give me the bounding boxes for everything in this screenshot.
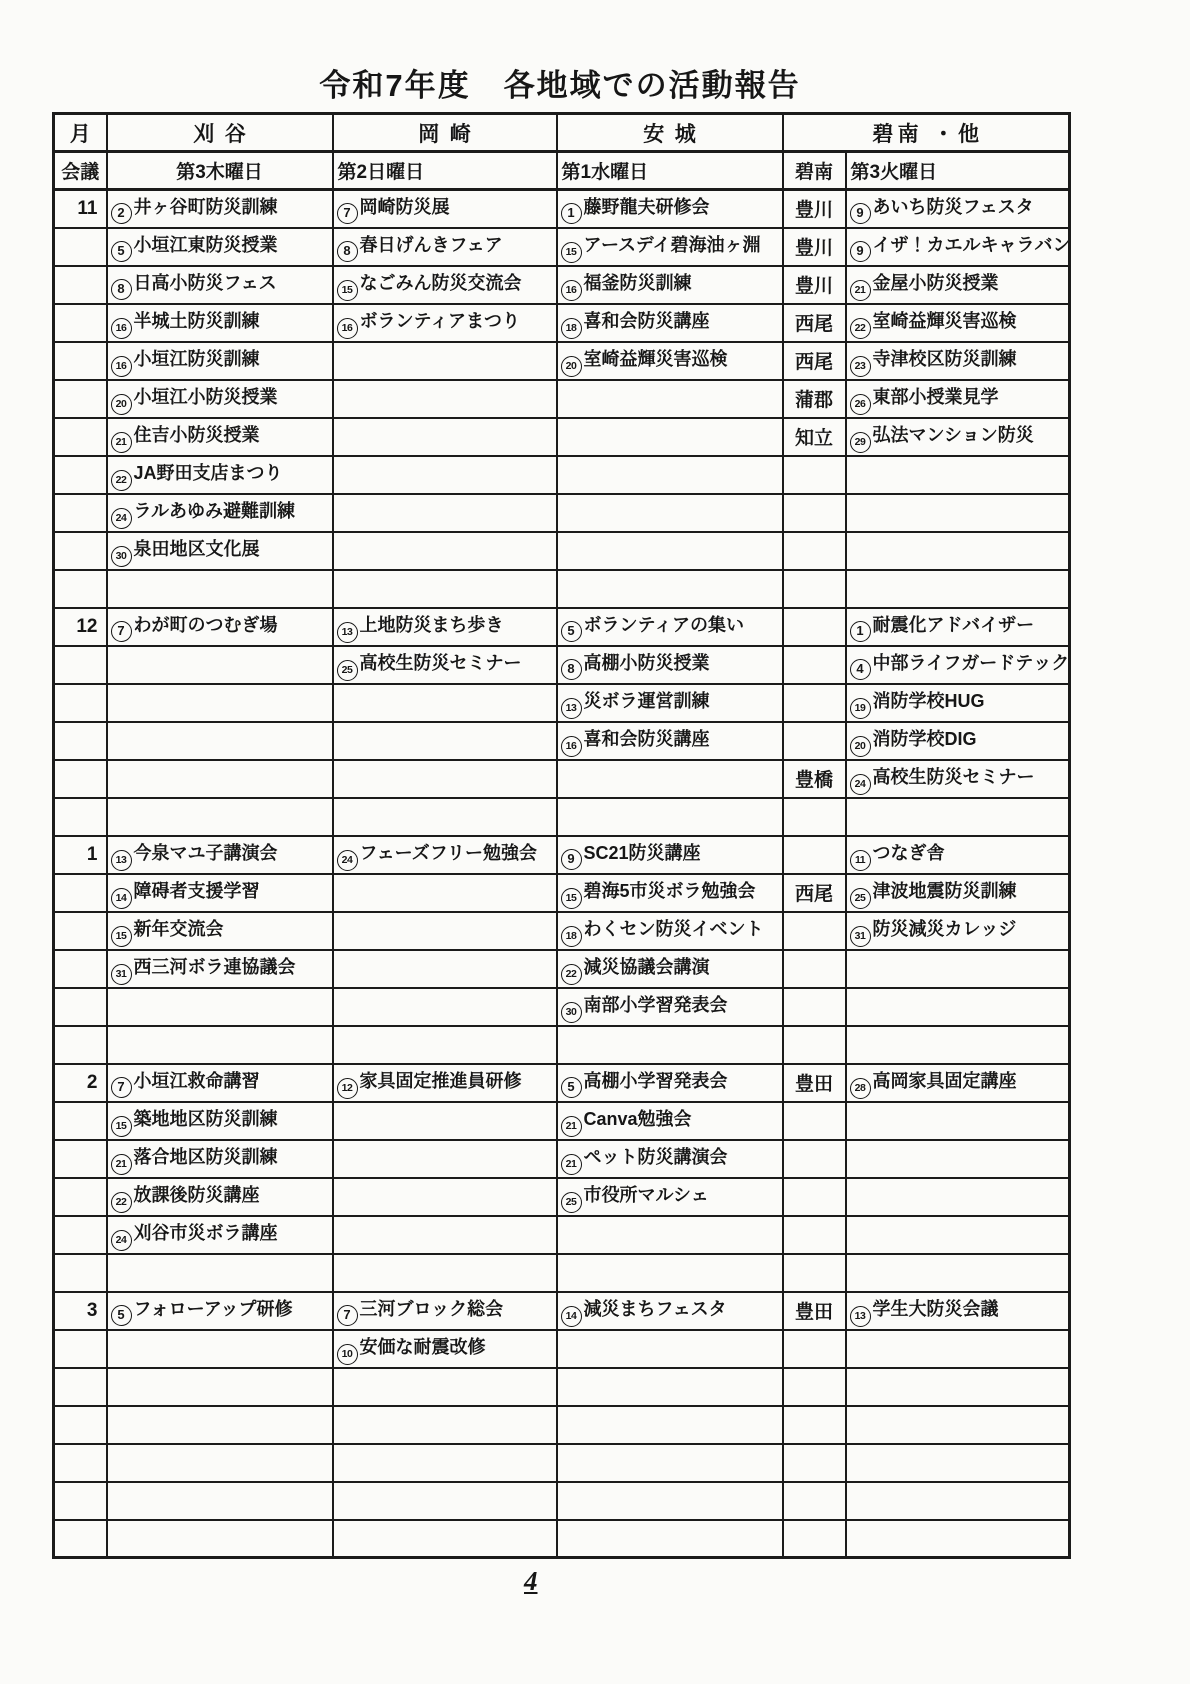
circled-day-number: 2 xyxy=(111,203,132,224)
event-label: 障碍者支援学習 xyxy=(134,881,260,901)
event-label: 減災まちフェスタ xyxy=(584,1299,727,1319)
table-row: 20小垣江小防災授業蒲郡26東部小授業見学 xyxy=(54,380,1070,418)
circled-day-number: 5 xyxy=(561,621,582,642)
table-row: 22放課後防災講座25市役所マルシェ xyxy=(54,1178,1070,1216)
event-label: 小垣江小防災授業 xyxy=(134,387,278,407)
event-cell-anjo xyxy=(557,1368,783,1406)
event-cell-hekinan xyxy=(846,798,1070,836)
table-row xyxy=(54,1444,1070,1482)
circled-day-number: 31 xyxy=(850,926,871,947)
circled-day-number: 30 xyxy=(111,546,132,567)
event-label: SC21防災講座 xyxy=(584,843,701,863)
city-cell xyxy=(783,1368,846,1406)
event-cell-okazaki xyxy=(333,532,557,570)
table-row: 127わが町のつむぎ場13上地防災まち歩き5ボランティアの集い1耐震化アドバイザ… xyxy=(54,608,1070,646)
event-label: 高岡家具固定講座 xyxy=(873,1071,1017,1091)
event-label: フェーズフリー勉強会 xyxy=(360,843,537,863)
event-cell-hekinan xyxy=(846,1178,1070,1216)
event-cell-hekinan xyxy=(846,570,1070,608)
circled-day-number: 21 xyxy=(850,280,871,301)
month-column-header: 月 xyxy=(54,114,107,152)
event-label: ペット防災講演会 xyxy=(584,1147,728,1167)
circled-day-number: 15 xyxy=(337,280,358,301)
event-cell-hekinan: 31防災減災カレッジ xyxy=(846,912,1070,950)
event-cell-kariya: 22JA野田支店まつり xyxy=(107,456,333,494)
city-cell xyxy=(783,1520,846,1558)
event-label: 災ボラ運営訓練 xyxy=(584,691,710,711)
event-label: 小垣江救命講習 xyxy=(134,1071,260,1091)
event-cell-hekinan xyxy=(846,1140,1070,1178)
table-row: 15築地地区防災訓練21Canva勉強会 xyxy=(54,1102,1070,1140)
event-cell-anjo xyxy=(557,570,783,608)
event-cell-hekinan xyxy=(846,1406,1070,1444)
event-cell-anjo xyxy=(557,1520,783,1558)
event-cell-hekinan xyxy=(846,988,1070,1026)
month-cell xyxy=(54,722,107,760)
event-cell-okazaki xyxy=(333,988,557,1026)
event-cell-hekinan: 9イザ！カエルキャラバン xyxy=(846,228,1070,266)
event-cell-kariya: 16半城土防災訓練 xyxy=(107,304,333,342)
event-label: イザ！カエルキャラバン xyxy=(873,235,1070,255)
event-cell-hekinan xyxy=(846,1216,1070,1254)
event-cell-kariya xyxy=(107,1026,333,1064)
circled-day-number: 18 xyxy=(561,318,582,339)
event-cell-kariya xyxy=(107,1254,333,1292)
table-row xyxy=(54,1026,1070,1064)
circled-day-number: 14 xyxy=(561,1306,582,1327)
circled-day-number: 9 xyxy=(850,203,871,224)
event-cell-okazaki: 12家具固定推進員研修 xyxy=(333,1064,557,1102)
event-cell-kariya: 24ラルあゆみ避難訓練 xyxy=(107,494,333,532)
circled-day-number: 24 xyxy=(111,508,132,529)
event-cell-okazaki: 13上地防災まち歩き xyxy=(333,608,557,646)
circled-day-number: 15 xyxy=(111,1116,132,1137)
circled-day-number: 15 xyxy=(561,242,582,263)
event-label: 金屋小防災授業 xyxy=(873,273,999,293)
month-cell xyxy=(54,1482,107,1520)
hekinan-schedule: 第3火曜日 xyxy=(846,152,1070,190)
table-row: 30泉田地区文化展 xyxy=(54,532,1070,570)
schedule-header-row: 会議 第3木曜日 第2日曜日 第1水曜日 碧南 第3火曜日 xyxy=(54,152,1070,190)
event-cell-hekinan: 29弘法マンション防災 xyxy=(846,418,1070,456)
event-cell-kariya: 8日高小防災フェス xyxy=(107,266,333,304)
circled-day-number: 5 xyxy=(111,1305,132,1326)
event-cell-kariya: 30泉田地区文化展 xyxy=(107,532,333,570)
circled-day-number: 10 xyxy=(337,1344,358,1365)
circled-day-number: 16 xyxy=(337,318,358,339)
event-cell-kariya: 24刈谷市災ボラ講座 xyxy=(107,1216,333,1254)
table-row: 24ラルあゆみ避難訓練 xyxy=(54,494,1070,532)
event-label: 三河ブロック総会 xyxy=(360,1299,504,1319)
page-number: 4 xyxy=(524,1566,538,1597)
month-cell: 3 xyxy=(54,1292,107,1330)
event-cell-anjo: 22減災協議会講演 xyxy=(557,950,783,988)
city-cell xyxy=(783,1330,846,1368)
event-cell-hekinan xyxy=(846,1102,1070,1140)
event-cell-hekinan: 25津波地震防災訓練 xyxy=(846,874,1070,912)
month-cell xyxy=(54,1254,107,1292)
event-label: わくセン防災イベント xyxy=(584,919,764,939)
month-cell xyxy=(54,912,107,950)
event-cell-hekinan xyxy=(846,1444,1070,1482)
region-header-okazaki: 岡崎 xyxy=(333,114,557,152)
event-label: 喜和会防災講座 xyxy=(584,729,710,749)
circled-day-number: 7 xyxy=(337,1305,358,1326)
circled-day-number: 20 xyxy=(111,394,132,415)
circled-day-number: 24 xyxy=(850,774,871,795)
event-cell-kariya: 5フォローアップ研修 xyxy=(107,1292,333,1330)
city-cell xyxy=(783,912,846,950)
event-cell-anjo xyxy=(557,418,783,456)
event-label: 日高小防災フェス xyxy=(134,273,277,293)
activity-table-body: 112井ヶ谷町防災訓練7岡崎防災展1藤野龍夫研修会豊川9あいち防災フェスタ5小垣… xyxy=(54,190,1070,1558)
city-cell xyxy=(783,608,846,646)
month-cell: 2 xyxy=(54,1064,107,1102)
table-row xyxy=(54,1254,1070,1292)
event-cell-anjo: 15碧海5市災ボラ勉強会 xyxy=(557,874,783,912)
event-label: 碧海5市災ボラ勉強会 xyxy=(584,881,756,901)
circled-day-number: 28 xyxy=(850,1078,871,1099)
month-cell xyxy=(54,418,107,456)
event-cell-okazaki xyxy=(333,722,557,760)
event-cell-anjo: 18喜和会防災講座 xyxy=(557,304,783,342)
city-cell xyxy=(783,798,846,836)
table-row xyxy=(54,1520,1070,1558)
circled-day-number: 25 xyxy=(561,1192,582,1213)
event-cell-anjo: 16喜和会防災講座 xyxy=(557,722,783,760)
event-cell-kariya xyxy=(107,684,333,722)
event-cell-okazaki xyxy=(333,684,557,722)
table-row: 112井ヶ谷町防災訓練7岡崎防災展1藤野龍夫研修会豊川9あいち防災フェスタ xyxy=(54,190,1070,228)
circled-day-number: 20 xyxy=(850,736,871,757)
event-label: わが町のつむぎ場 xyxy=(134,615,278,635)
circled-day-number: 12 xyxy=(337,1078,358,1099)
event-cell-kariya xyxy=(107,1368,333,1406)
event-cell-hekinan: 1耐震化アドバイザー xyxy=(846,608,1070,646)
event-cell-anjo xyxy=(557,494,783,532)
event-label: 南部小学習発表会 xyxy=(584,995,728,1015)
event-cell-anjo: 8高棚小防災授業 xyxy=(557,646,783,684)
city-cell xyxy=(783,836,846,874)
city-cell xyxy=(783,1178,846,1216)
event-label: 東部小授業見学 xyxy=(873,387,999,407)
circled-day-number: 21 xyxy=(111,1154,132,1175)
month-cell xyxy=(54,456,107,494)
city-cell: 西尾 xyxy=(783,304,846,342)
circled-day-number: 23 xyxy=(850,356,871,377)
table-row xyxy=(54,1482,1070,1520)
event-cell-anjo: 18わくセン防災イベント xyxy=(557,912,783,950)
region-header-row: 月 刈谷 岡崎 安城 碧南 ・他 xyxy=(54,114,1070,152)
kariya-schedule: 第3木曜日 xyxy=(107,152,333,190)
circled-day-number: 5 xyxy=(561,1077,582,1098)
event-cell-anjo: 15アースデイ碧海油ヶ淵 xyxy=(557,228,783,266)
event-cell-okazaki xyxy=(333,1520,557,1558)
month-cell xyxy=(54,950,107,988)
city-cell: 西尾 xyxy=(783,342,846,380)
city-cell xyxy=(783,1026,846,1064)
event-cell-kariya: 20小垣江小防災授業 xyxy=(107,380,333,418)
circled-day-number: 22 xyxy=(111,470,132,491)
event-cell-anjo xyxy=(557,456,783,494)
month-cell xyxy=(54,1520,107,1558)
city-cell xyxy=(783,1406,846,1444)
month-cell xyxy=(54,494,107,532)
event-cell-anjo xyxy=(557,1216,783,1254)
city-cell: 豊川 xyxy=(783,266,846,304)
event-cell-okazaki xyxy=(333,1216,557,1254)
month-cell xyxy=(54,1178,107,1216)
city-cell xyxy=(783,1102,846,1140)
city-cell xyxy=(783,950,846,988)
city-cell: 知立 xyxy=(783,418,846,456)
month-cell xyxy=(54,532,107,570)
month-cell xyxy=(54,342,107,380)
circled-day-number: 9 xyxy=(561,849,582,870)
circled-day-number: 19 xyxy=(850,698,871,719)
month-cell xyxy=(54,1216,107,1254)
event-cell-anjo: 1藤野龍夫研修会 xyxy=(557,190,783,228)
city-cell xyxy=(783,1444,846,1482)
month-cell xyxy=(54,760,107,798)
event-cell-okazaki: 24フェーズフリー勉強会 xyxy=(333,836,557,874)
event-label: 防災減災カレッジ xyxy=(873,919,1017,939)
event-cell-kariya: 5小垣江東防災授業 xyxy=(107,228,333,266)
table-row: 27小垣江救命講習12家具固定推進員研修5高棚小学習発表会豊田28高岡家具固定講… xyxy=(54,1064,1070,1102)
event-cell-kariya xyxy=(107,988,333,1026)
event-label: 耐震化アドバイザー xyxy=(873,615,1035,635)
event-cell-kariya: 31西三河ボラ連協議会 xyxy=(107,950,333,988)
circled-day-number: 21 xyxy=(561,1154,582,1175)
circled-day-number: 16 xyxy=(561,280,582,301)
city-cell: 西尾 xyxy=(783,874,846,912)
event-cell-anjo xyxy=(557,380,783,418)
circled-day-number: 22 xyxy=(561,964,582,985)
table-row: 21落合地区防災訓練21ペット防災講演会 xyxy=(54,1140,1070,1178)
event-cell-okazaki xyxy=(333,570,557,608)
event-cell-hekinan: 9あいち防災フェスタ xyxy=(846,190,1070,228)
event-cell-anjo xyxy=(557,760,783,798)
event-cell-hekinan: 20消防学校DIG xyxy=(846,722,1070,760)
event-cell-kariya: 15新年交流会 xyxy=(107,912,333,950)
event-label: 小垣江防災訓練 xyxy=(134,349,260,369)
event-cell-hekinan: 28高岡家具固定講座 xyxy=(846,1064,1070,1102)
region-header-anjo: 安城 xyxy=(557,114,783,152)
event-label: 室崎益輝災害巡検 xyxy=(873,311,1017,331)
circled-day-number: 14 xyxy=(111,888,132,909)
event-label: ボランティアの集い xyxy=(584,615,745,635)
table-row: 30南部小学習発表会 xyxy=(54,988,1070,1026)
event-cell-anjo xyxy=(557,1254,783,1292)
month-cell xyxy=(54,228,107,266)
city-cell: 豊川 xyxy=(783,190,846,228)
event-cell-okazaki xyxy=(333,1140,557,1178)
event-cell-hekinan xyxy=(846,532,1070,570)
event-cell-okazaki xyxy=(333,380,557,418)
circled-day-number: 11 xyxy=(850,850,871,871)
table-row: 13災ボラ運営訓練19消防学校HUG xyxy=(54,684,1070,722)
event-label: 安価な耐震改修 xyxy=(360,1337,486,1357)
page-title: 令和7年度 各地域での活動報告 xyxy=(52,60,1068,105)
circled-day-number: 8 xyxy=(111,279,132,300)
circled-day-number: 21 xyxy=(111,432,132,453)
table-row: 35フォローアップ研修7三河ブロック総会14減災まちフェスタ豊田13学生大防災会… xyxy=(54,1292,1070,1330)
event-cell-okazaki xyxy=(333,912,557,950)
event-cell-kariya xyxy=(107,1520,333,1558)
event-label: 弘法マンション防災 xyxy=(873,425,1034,445)
event-cell-anjo xyxy=(557,532,783,570)
event-cell-anjo: 21Canva勉強会 xyxy=(557,1102,783,1140)
month-cell xyxy=(54,646,107,684)
event-label: 市役所マルシェ xyxy=(584,1185,709,1205)
event-label: 落合地区防災訓練 xyxy=(134,1147,278,1167)
circled-day-number: 13 xyxy=(111,850,132,871)
event-cell-anjo: 16福釜防災訓練 xyxy=(557,266,783,304)
hekinan-city-header: 碧南 xyxy=(783,152,846,190)
event-cell-anjo: 5ボランティアの集い xyxy=(557,608,783,646)
event-cell-okazaki xyxy=(333,1482,557,1520)
event-cell-okazaki: 7三河ブロック総会 xyxy=(333,1292,557,1330)
table-row: 16喜和会防災講座20消防学校DIG xyxy=(54,722,1070,760)
circled-day-number: 9 xyxy=(850,241,871,262)
city-cell xyxy=(783,1140,846,1178)
event-label: 春日げんきフェア xyxy=(360,235,503,255)
event-cell-hekinan: 4中部ライフガードテック xyxy=(846,646,1070,684)
table-row: 豊橋24高校生防災セミナー xyxy=(54,760,1070,798)
circled-day-number: 22 xyxy=(850,318,871,339)
month-cell xyxy=(54,1406,107,1444)
event-cell-hekinan xyxy=(846,1520,1070,1558)
circled-day-number: 4 xyxy=(850,659,871,680)
activity-report-table: 月 刈谷 岡崎 安城 碧南 ・他 会議 第3木曜日 第2日曜日 第1水曜日 碧南… xyxy=(52,112,1071,1559)
city-cell: 豊田 xyxy=(783,1064,846,1102)
event-cell-kariya: 14障碍者支援学習 xyxy=(107,874,333,912)
event-cell-okazaki xyxy=(333,1444,557,1482)
event-cell-hekinan: 21金屋小防災授業 xyxy=(846,266,1070,304)
event-label: 今泉マユ子講演会 xyxy=(134,843,278,863)
month-cell xyxy=(54,380,107,418)
event-label: 放課後防災講座 xyxy=(134,1185,260,1205)
event-cell-hekinan xyxy=(846,1254,1070,1292)
event-cell-okazaki: 25高校生防災セミナー xyxy=(333,646,557,684)
event-cell-okazaki xyxy=(333,456,557,494)
event-label: 喜和会防災講座 xyxy=(584,311,710,331)
table-row: 21住吉小防災授業知立29弘法マンション防災 xyxy=(54,418,1070,456)
event-label: 消防学校HUG xyxy=(873,691,985,711)
table-row: 16半城土防災訓練16ボランティアまつり18喜和会防災講座西尾22室崎益輝災害巡… xyxy=(54,304,1070,342)
event-cell-okazaki xyxy=(333,798,557,836)
circled-day-number: 16 xyxy=(561,736,582,757)
table-row: 8日高小防災フェス15なごみん防災交流会16福釜防災訓練豊川21金屋小防災授業 xyxy=(54,266,1070,304)
event-label: 半城土防災訓練 xyxy=(134,311,260,331)
event-label: 学生大防災会議 xyxy=(873,1299,999,1319)
month-cell xyxy=(54,874,107,912)
event-label: 高校生防災セミナー xyxy=(360,653,522,673)
circled-day-number: 15 xyxy=(561,888,582,909)
event-cell-kariya xyxy=(107,570,333,608)
circled-day-number: 16 xyxy=(111,318,132,339)
event-label: 築地地区防災訓練 xyxy=(134,1109,278,1129)
event-cell-kariya xyxy=(107,1330,333,1368)
event-cell-okazaki xyxy=(333,1368,557,1406)
event-cell-hekinan: 23寺津校区防災訓練 xyxy=(846,342,1070,380)
circled-day-number: 7 xyxy=(111,1077,132,1098)
event-cell-kariya xyxy=(107,722,333,760)
event-label: 中部ライフガードテック xyxy=(873,653,1070,673)
anjo-schedule: 第1水曜日 xyxy=(557,152,783,190)
event-cell-anjo: 30南部小学習発表会 xyxy=(557,988,783,1026)
event-cell-okazaki xyxy=(333,760,557,798)
event-cell-kariya: 2井ヶ谷町防災訓練 xyxy=(107,190,333,228)
table-row: 15新年交流会18わくセン防災イベント31防災減災カレッジ xyxy=(54,912,1070,950)
circled-day-number: 1 xyxy=(561,203,582,224)
event-cell-hekinan: 24高校生防災セミナー xyxy=(846,760,1070,798)
event-cell-anjo: 5高棚小学習発表会 xyxy=(557,1064,783,1102)
table-row: 10安価な耐震改修 xyxy=(54,1330,1070,1368)
event-label: 刈谷市災ボラ講座 xyxy=(134,1223,278,1243)
event-label: 藤野龍夫研修会 xyxy=(584,197,710,217)
event-cell-okazaki xyxy=(333,950,557,988)
event-label: 高棚小学習発表会 xyxy=(584,1071,728,1091)
city-cell: 豊田 xyxy=(783,1292,846,1330)
table-row: 14障碍者支援学習15碧海5市災ボラ勉強会西尾25津波地震防災訓練 xyxy=(54,874,1070,912)
circled-day-number: 8 xyxy=(561,659,582,680)
event-label: 新年交流会 xyxy=(134,919,224,939)
month-cell: 1 xyxy=(54,836,107,874)
month-cell xyxy=(54,798,107,836)
event-label: 室崎益輝災害巡検 xyxy=(584,349,728,369)
table-row xyxy=(54,798,1070,836)
event-cell-anjo: 9SC21防災講座 xyxy=(557,836,783,874)
table-row xyxy=(54,1406,1070,1444)
event-label: なごみん防災交流会 xyxy=(360,273,522,293)
event-label: 津波地震防災訓練 xyxy=(873,881,1017,901)
event-cell-kariya xyxy=(107,1444,333,1482)
event-label: 減災協議会講演 xyxy=(584,957,710,977)
circled-day-number: 5 xyxy=(111,241,132,262)
circled-day-number: 15 xyxy=(111,926,132,947)
circled-day-number: 13 xyxy=(337,622,358,643)
event-cell-hekinan: 22室崎益輝災害巡検 xyxy=(846,304,1070,342)
event-cell-okazaki: 7岡崎防災展 xyxy=(333,190,557,228)
month-cell xyxy=(54,266,107,304)
event-label: ボランティアまつり xyxy=(360,311,521,331)
event-cell-kariya xyxy=(107,798,333,836)
month-cell xyxy=(54,1444,107,1482)
event-cell-anjo: 21ペット防災講演会 xyxy=(557,1140,783,1178)
circled-day-number: 29 xyxy=(850,432,871,453)
event-cell-kariya xyxy=(107,1406,333,1444)
month-cell xyxy=(54,1368,107,1406)
event-cell-kariya: 21住吉小防災授業 xyxy=(107,418,333,456)
city-cell: 豊橋 xyxy=(783,760,846,798)
circled-day-number: 24 xyxy=(337,850,358,871)
event-cell-kariya: 16小垣江防災訓練 xyxy=(107,342,333,380)
event-label: 高棚小防災授業 xyxy=(584,653,710,673)
event-label: 住吉小防災授業 xyxy=(134,425,260,445)
event-label: 西三河ボラ連協議会 xyxy=(134,957,296,977)
event-cell-hekinan xyxy=(846,494,1070,532)
city-cell xyxy=(783,646,846,684)
circled-day-number: 16 xyxy=(111,356,132,377)
event-cell-hekinan: 11つなぎ舎 xyxy=(846,836,1070,874)
event-cell-okazaki xyxy=(333,342,557,380)
event-label: ラルあゆみ避難訓練 xyxy=(134,501,295,521)
circled-day-number: 25 xyxy=(337,660,358,681)
event-cell-anjo xyxy=(557,798,783,836)
month-cell xyxy=(54,570,107,608)
event-cell-kariya xyxy=(107,646,333,684)
